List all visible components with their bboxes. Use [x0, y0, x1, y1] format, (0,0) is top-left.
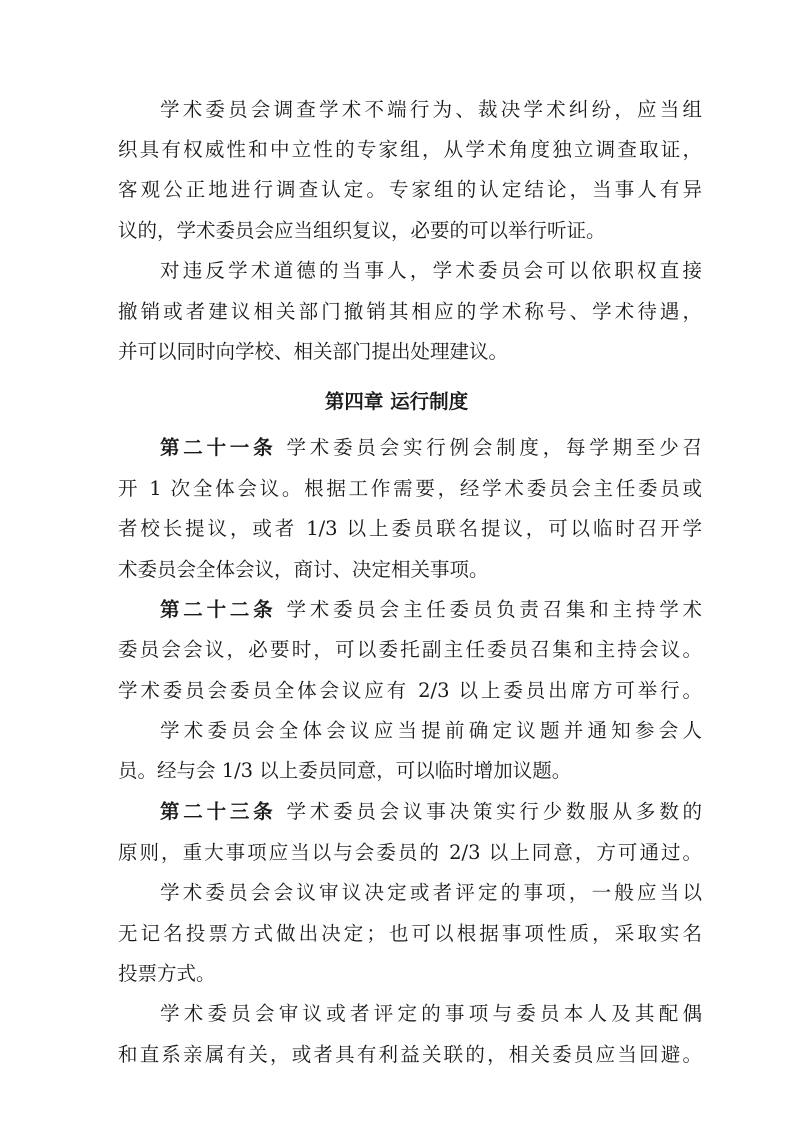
paragraph-line: 对违反学术道德的当事人，学术委员会可以依职权直接 — [160, 251, 702, 291]
article-text: 学术委员会议事决策实行少数服从多数的 — [276, 800, 702, 823]
paragraph-line: 撤销或者建议相关部门撤销其相应的学术称号、学术待遇， — [118, 292, 702, 332]
paragraph-line: 并可以同时向学校、相关部门提出处理建议。 — [118, 332, 702, 372]
article-first-line: 第二十二条 学术委员会主任委员负责召集和主持学术 — [160, 590, 702, 630]
paragraph-line: 原则，重大事项应当以与会委员的 2/3 以上同意，方可通过。 — [118, 833, 702, 873]
paragraph-line: 学术委员会委员全体会议应有 2/3 以上委员出席方可举行。 — [118, 671, 702, 711]
document-page: 学术委员会调查学术不端行为、裁决学术纠纷，应当组 织具有权威性和中立性的专家组，… — [0, 0, 793, 1122]
article-label: 第二十一条 — [160, 436, 276, 459]
paragraph-line: 投票方式。 — [118, 954, 702, 994]
paragraph-line: 无记名投票方式做出决定；也可以根据事项性质，采取实名 — [118, 914, 702, 954]
article-first-line: 第二十一条 学术委员会实行例会制度，每学期至少召 — [160, 428, 702, 468]
article-label: 第二十三条 — [160, 800, 276, 823]
paragraph-line: 术委员会全体会议，商讨、决定相关事项。 — [118, 550, 702, 590]
paragraph-line: 委员会会议，必要时，可以委托副主任委员召集和主持会议。 — [118, 630, 702, 670]
paragraph-line: 开 1 次全体会议。根据工作需要，经学术委员会主任委员或 — [118, 469, 702, 509]
paragraph-line: 员。经与会 1/3 以上委员同意，可以临时增加议题。 — [118, 751, 702, 791]
paragraph-line: 学术委员会全体会议应当提前确定议题并通知参会人 — [160, 711, 702, 751]
paragraph-line: 和直系亲属有关，或者具有利益关联的，相关委员应当回避。 — [118, 1035, 702, 1075]
paragraph-line: 客观公正地进行调查认定。专家组的认定结论，当事人有异 — [118, 170, 702, 210]
article-text: 学术委员会主任委员负责召集和主持学术 — [276, 598, 702, 621]
paragraph-line: 学术委员会审议或者评定的事项与委员本人及其配偶 — [160, 994, 702, 1034]
paragraph-line: 议的，学术委员会应当组织复议，必要的可以举行听证。 — [118, 211, 702, 251]
paragraph-line: 者校长提议，或者 1/3 以上委员联名提议，可以临时召开学 — [118, 509, 702, 549]
paragraph-line: 织具有权威性和中立性的专家组，从学术角度独立调查取证， — [118, 130, 702, 170]
paragraph-line: 学术委员会调查学术不端行为、裁决学术纠纷，应当组 — [160, 90, 702, 130]
article-label: 第二十二条 — [160, 598, 276, 621]
article-text: 学术委员会实行例会制度，每学期至少召 — [276, 436, 702, 459]
paragraph-line: 学术委员会会议审议决定或者评定的事项，一般应当以 — [160, 873, 702, 913]
chapter-heading: 第四章 运行制度 — [0, 382, 793, 422]
article-first-line: 第二十三条 学术委员会议事决策实行少数服从多数的 — [160, 792, 702, 832]
